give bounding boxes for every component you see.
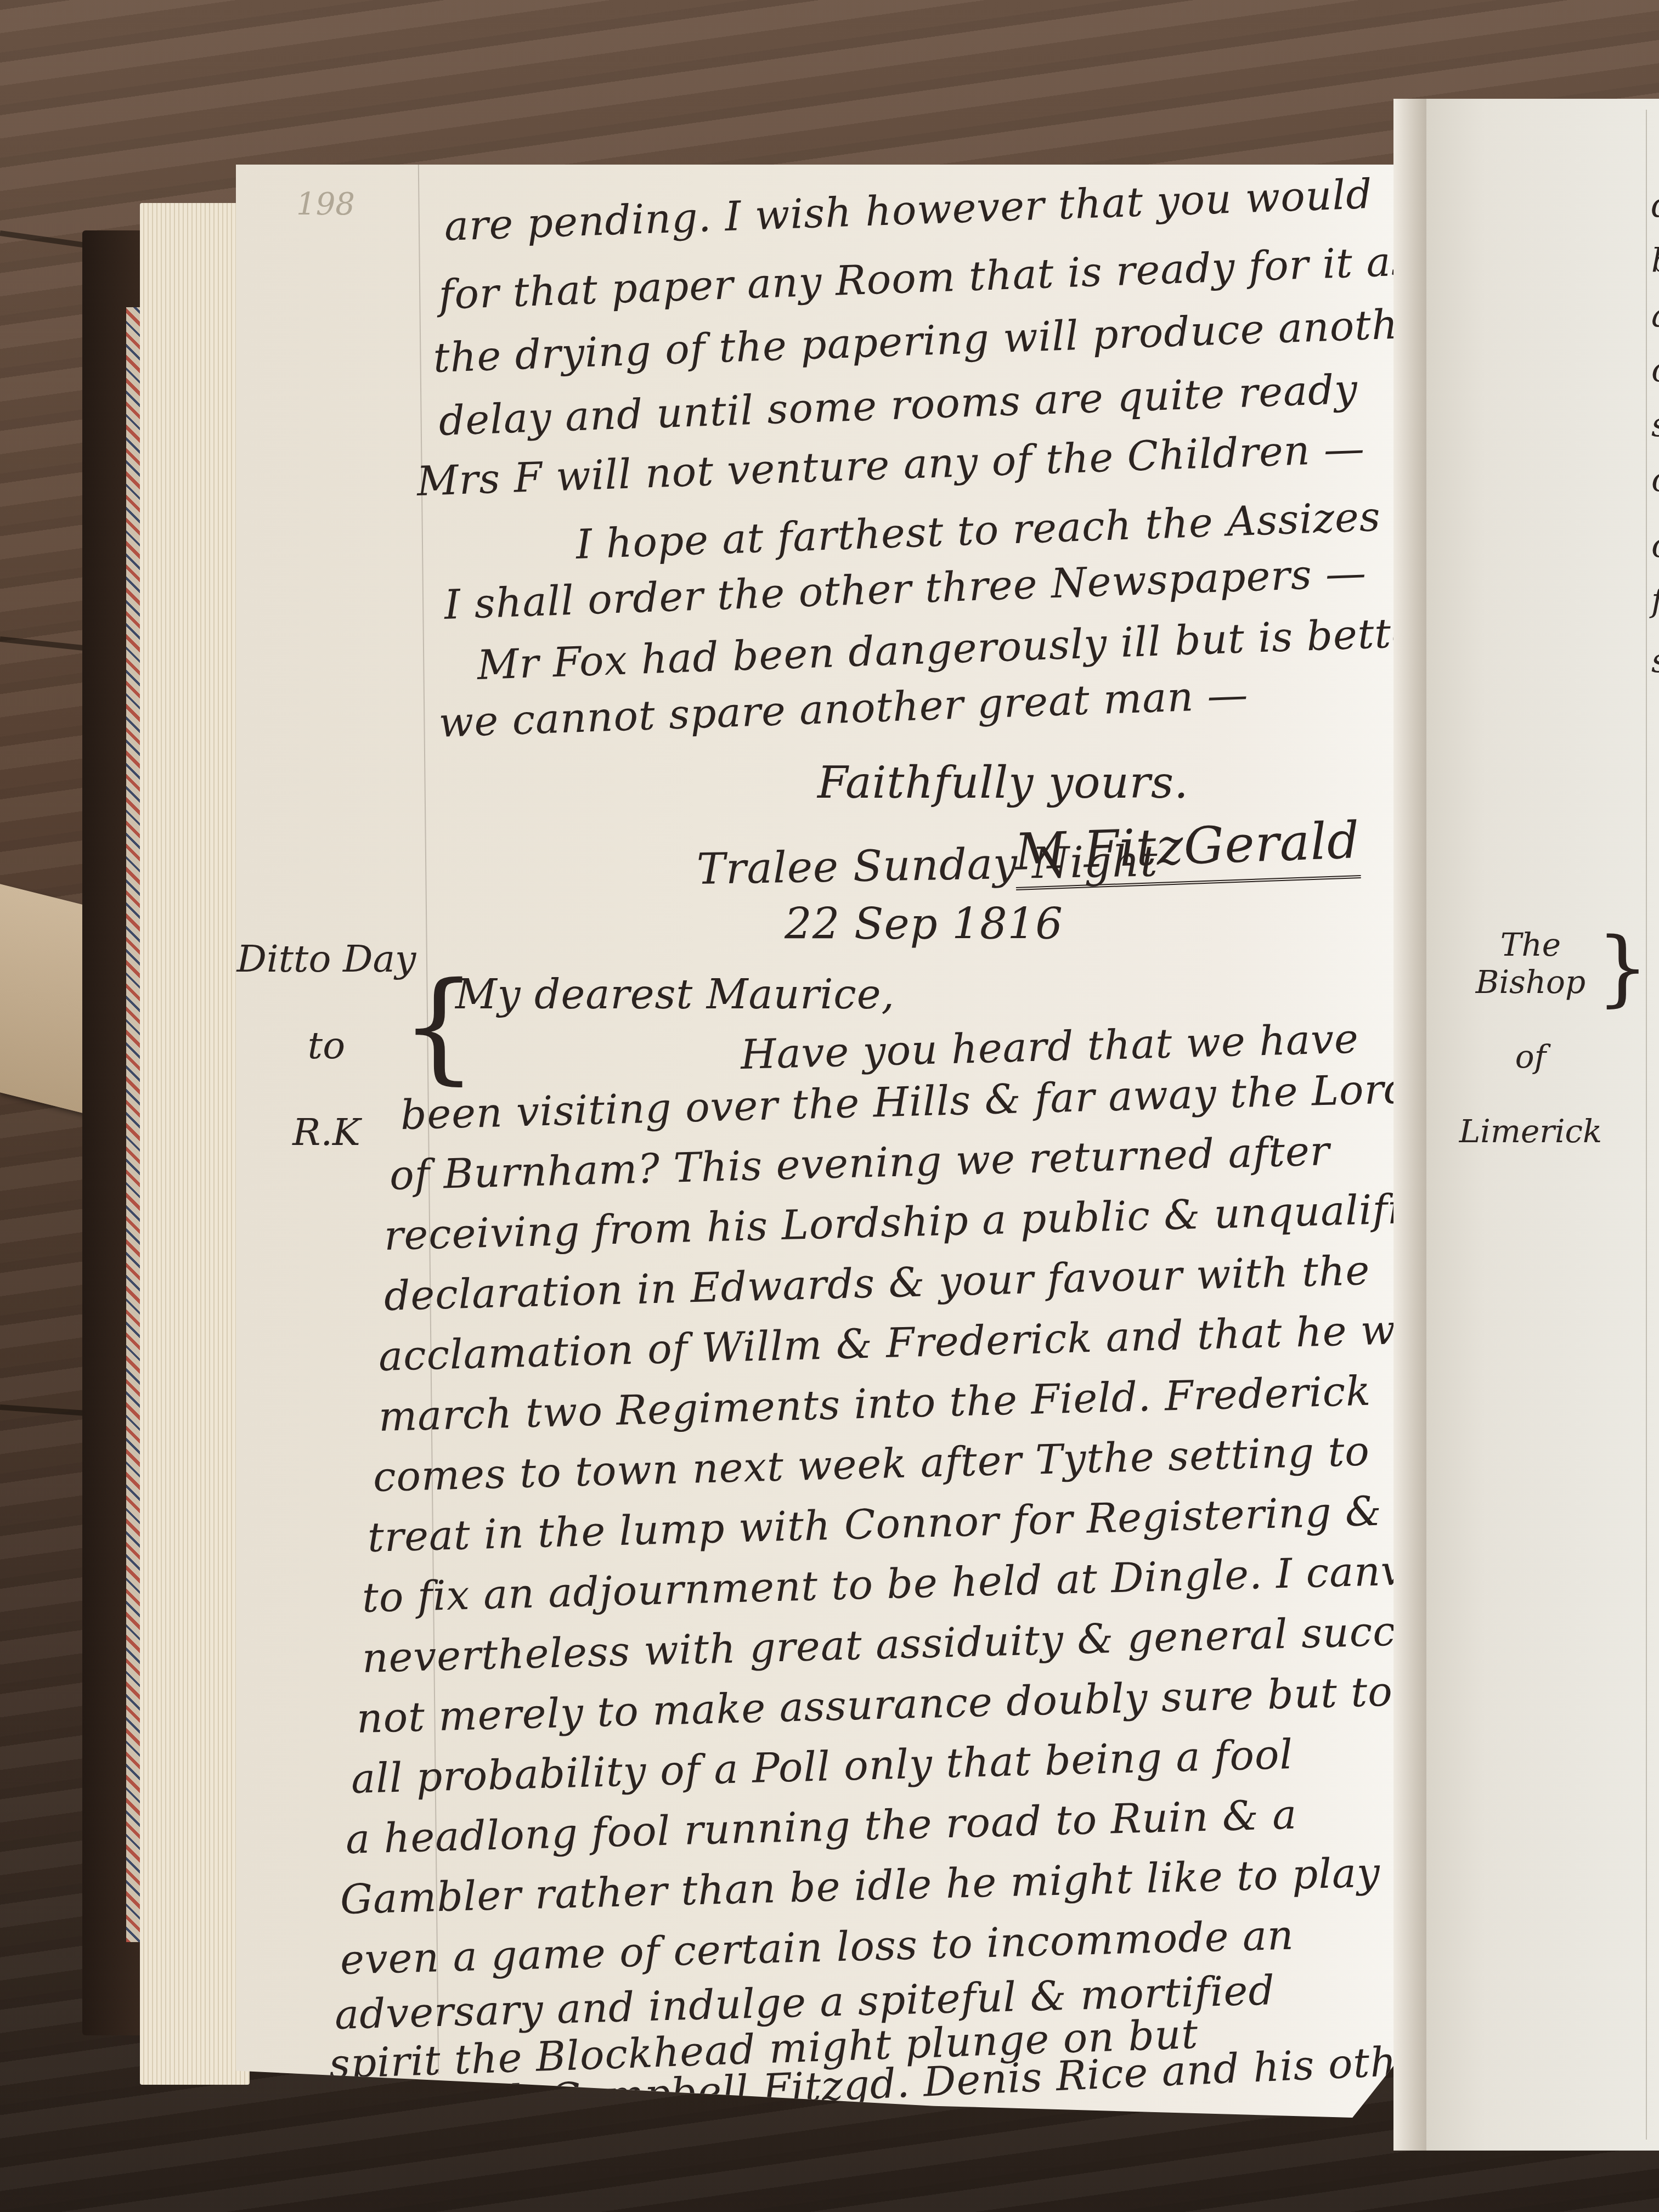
margin-note-line: The Bishop [1443, 926, 1618, 1001]
text-fragment: o [1651, 461, 1659, 499]
letter-place: Tralee Sunday Night [696, 837, 1158, 894]
margin-note-line: R.K [236, 1111, 417, 1154]
margin-rule [1646, 110, 1647, 2140]
text-fragment: c [1651, 351, 1659, 390]
margin-note-line: Limerick [1443, 1113, 1618, 1150]
text-fragment: s [1651, 406, 1659, 444]
margin-note-line: Ditto Day [236, 938, 417, 981]
right-page: The Bishop of Limerick } d be a c s o o … [1426, 99, 1659, 2151]
text-fragment: be [1651, 241, 1659, 280]
margin-note-recipient: The Bishop of Limerick [1443, 889, 1618, 1187]
manuscript-line: declaration in Edwards & your favour wit… [383, 1247, 1370, 1320]
page-edges-stack [140, 203, 250, 2085]
text-fragment: o [1651, 527, 1659, 565]
letter-date: 22 Sep 1816 [785, 900, 1063, 949]
manuscript-line: of Burnham? This evening we returned aft… [389, 1127, 1330, 1199]
manuscript-line: treat in the lump with Connor for Regist… [367, 1488, 1383, 1561]
manuscript-line: all probability of a Poll only that bein… [351, 1731, 1294, 1803]
brace-mark: } [1596, 927, 1649, 1009]
margin-note-line: to [236, 1024, 417, 1068]
manuscript-line: comes to town next week after Tythe sett… [373, 1427, 1370, 1501]
margin-note-line: of [1443, 1038, 1618, 1075]
text-fragment: f [1651, 582, 1659, 620]
manuscript-line: are pending. I wish however that you wou… [443, 171, 1373, 250]
left-page: 198 are pending. I wish however that you… [236, 165, 1399, 2118]
manuscript-line: Gambler rather than be idle he might lik… [340, 1849, 1381, 1923]
closing: Faithfully yours. [817, 757, 1189, 808]
manuscript-line: receiving from his Lordship a public & u… [383, 1184, 1453, 1260]
text-fragment: d [1651, 187, 1659, 225]
page-number: 198 [296, 187, 355, 222]
salutation: My dearest Maurice, [455, 971, 895, 1018]
manuscript-line: a headlong fool running the road to Ruin… [345, 1791, 1297, 1863]
manuscript-line: march two Regiments into the Field. Fred… [378, 1368, 1372, 1441]
text-fragment: s [1651, 642, 1659, 680]
manuscript-line: been visiting over the Hills & far away … [400, 1065, 1411, 1139]
text-fragment: a [1651, 296, 1659, 335]
